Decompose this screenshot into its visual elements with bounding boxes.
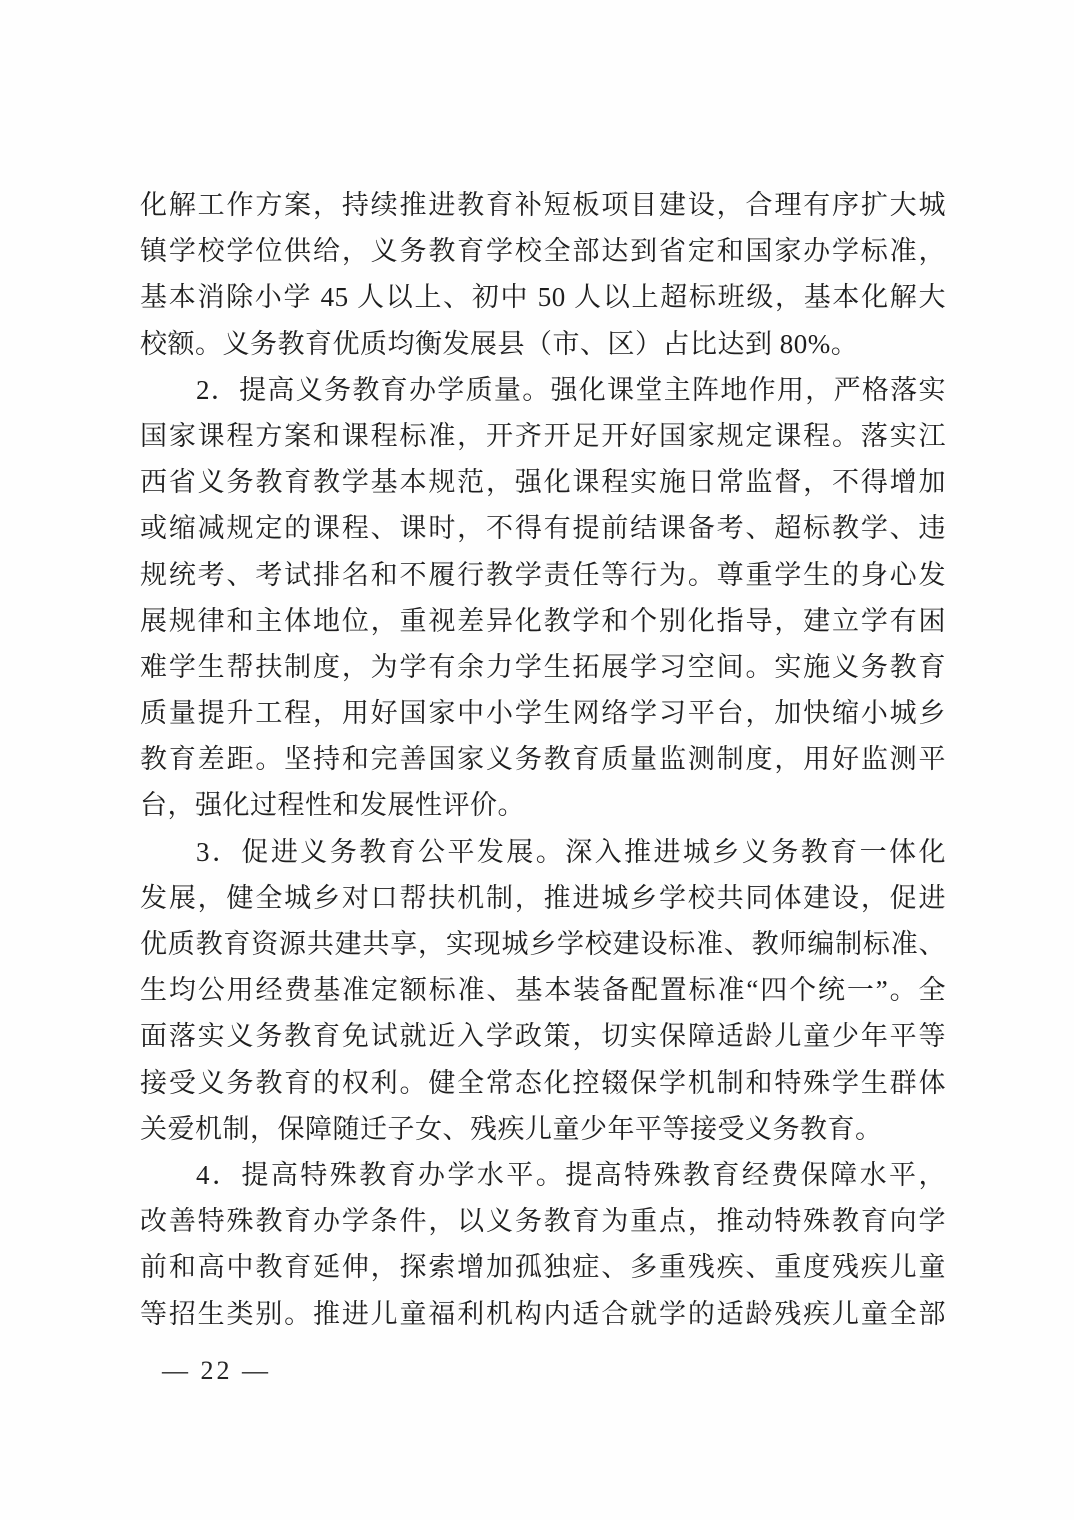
text-line: 台，强化过程性和发展性评价。 bbox=[140, 782, 946, 828]
text-line: 3．促进义务教育公平发展。深入推进城乡义务教育一体化 bbox=[140, 829, 946, 875]
text-line: 基本消除小学 45 人以上、初中 50 人以上超标班级，基本化解大 bbox=[140, 274, 946, 320]
text-line: 西省义务教育教学基本规范，强化课程实施日常监督，不得增加 bbox=[140, 459, 946, 505]
text-line: 或缩减规定的课程、课时，不得有提前结课备考、超标教学、违 bbox=[140, 505, 946, 551]
text-line: 教育差距。坚持和完善国家义务教育质量监测制度，用好监测平 bbox=[140, 736, 946, 782]
text-line: 等招生类别。推进儿童福利机构内适合就学的适龄残疾儿童全部 bbox=[140, 1291, 946, 1337]
text-block: 化解工作方案，持续推进教育补短板项目建设，合理有序扩大城镇学校学位供给，义务教育… bbox=[140, 182, 946, 1337]
page-number: — 22 — bbox=[162, 1354, 271, 1388]
text-line: 关爱机制，保障随迁子女、残疾儿童少年平等接受义务教育。 bbox=[140, 1106, 946, 1152]
text-line: 化解工作方案，持续推进教育补短板项目建设，合理有序扩大城 bbox=[140, 182, 946, 228]
document-page: 化解工作方案，持续推进教育补短板项目建设，合理有序扩大城镇学校学位供给，义务教育… bbox=[0, 0, 1074, 1520]
text-line: 改善特殊教育办学条件，以义务教育为重点，推动特殊教育向学 bbox=[140, 1198, 946, 1244]
text-line: 校额。义务教育优质均衡发展县（市、区）占比达到 80%。 bbox=[140, 321, 946, 367]
text-line: 接受义务教育的权利。健全常态化控辍保学机制和特殊学生群体 bbox=[140, 1060, 946, 1106]
text-line: 国家课程方案和课程标准，开齐开足开好国家规定课程。落实江 bbox=[140, 413, 946, 459]
text-line: 4．提高特殊教育办学水平。提高特殊教育经费保障水平， bbox=[140, 1152, 946, 1198]
text-line: 规统考、考试排名和不履行教学责任等行为。尊重学生的身心发 bbox=[140, 552, 946, 598]
text-line: 优质教育资源共建共享，实现城乡学校建设标准、教师编制标准、 bbox=[140, 921, 946, 967]
text-line: 面落实义务教育免试就近入学政策，切实保障适龄儿童少年平等 bbox=[140, 1013, 946, 1059]
text-line: 2．提高义务教育办学质量。强化课堂主阵地作用，严格落实 bbox=[140, 367, 946, 413]
text-line: 镇学校学位供给，义务教育学校全部达到省定和国家办学标准， bbox=[140, 228, 946, 274]
text-line: 前和高中教育延伸，探索增加孤独症、多重残疾、重度残疾儿童 bbox=[140, 1244, 946, 1290]
text-line: 展规律和主体地位，重视差异化教学和个别化指导，建立学有困 bbox=[140, 598, 946, 644]
text-line: 生均公用经费基准定额标准、基本装备配置标准“四个统一”。全 bbox=[140, 967, 946, 1013]
text-line: 难学生帮扶制度，为学有余力学生拓展学习空间。实施义务教育 bbox=[140, 644, 946, 690]
text-line: 质量提升工程，用好国家中小学生网络学习平台，加快缩小城乡 bbox=[140, 690, 946, 736]
text-line: 发展，健全城乡对口帮扶机制，推进城乡学校共同体建设，促进 bbox=[140, 875, 946, 921]
